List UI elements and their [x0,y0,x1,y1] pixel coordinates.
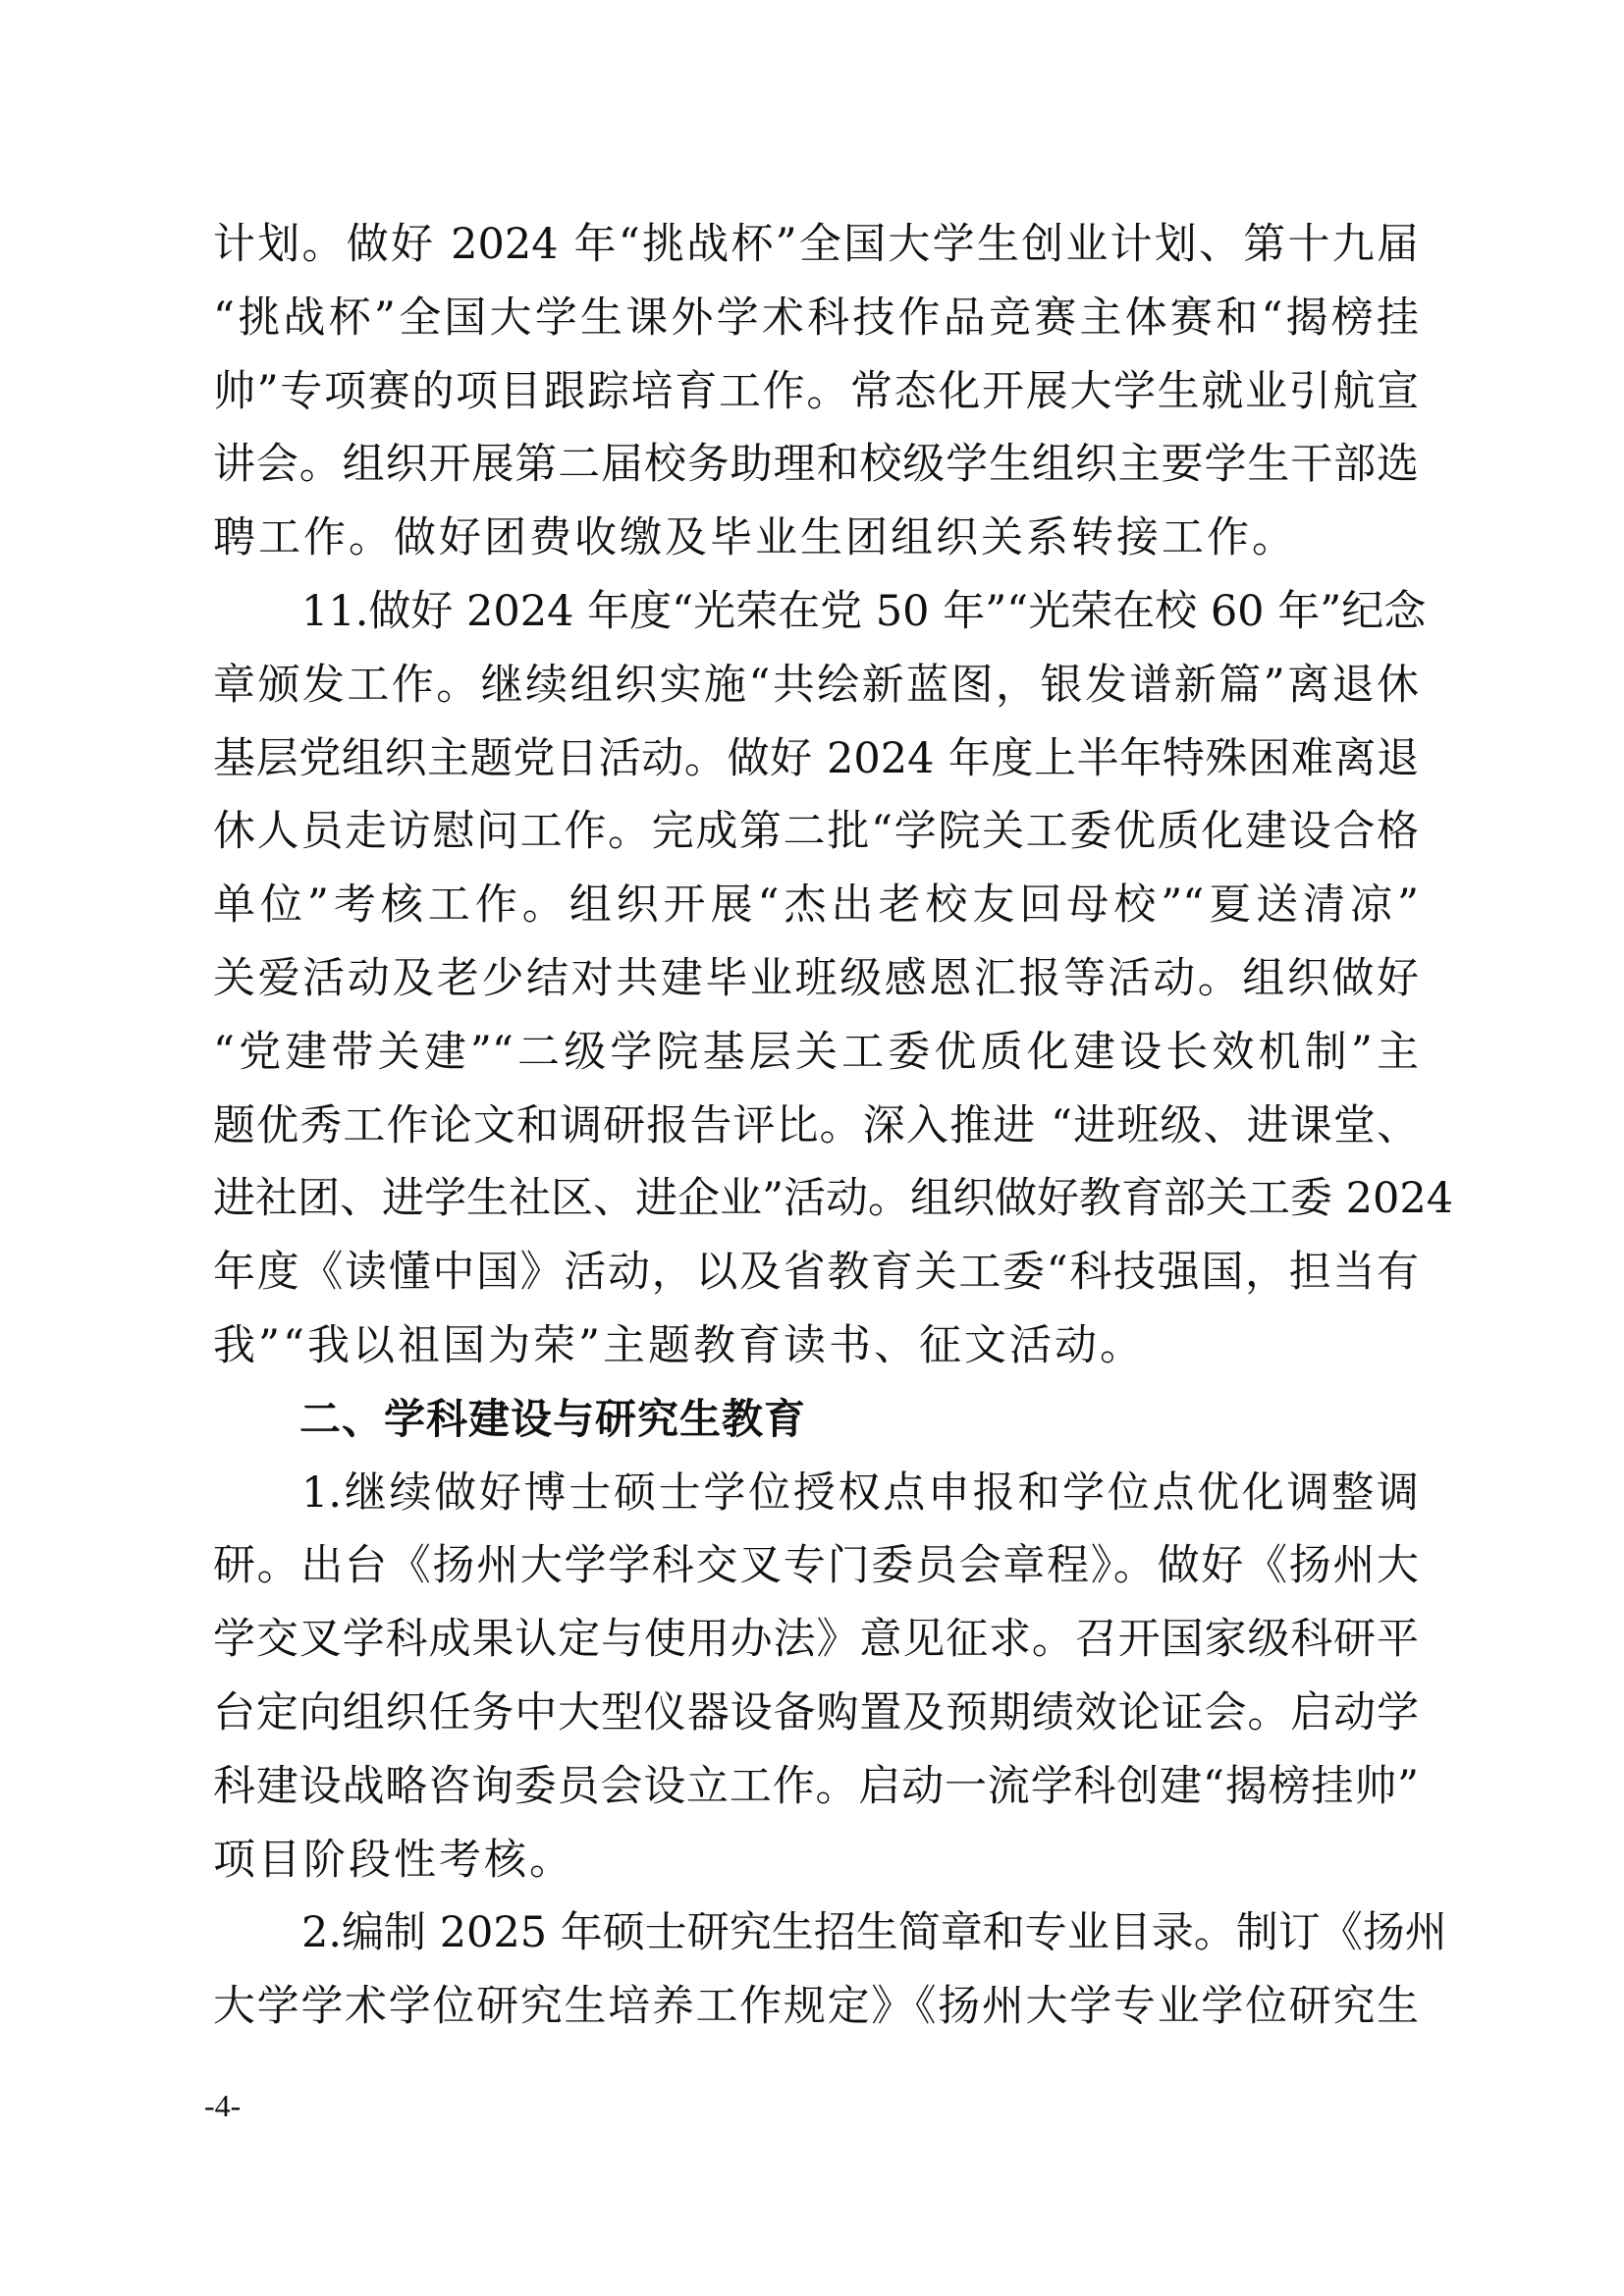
text-line: 单位”考核工作。组织开展“杰出老校友回母校”“夏送清凉” [213,869,1419,942]
text-line: 年度《读懂中国》活动，以及省教育关工委“科技强国，担当有 [213,1236,1419,1309]
text-line: 关爱活动及老少结对共建毕业班级感恩汇报等活动。组织做好 [213,942,1419,1016]
text-line: “党建带关建”“二级学院基层关工委优质化建设长效机制”主 [213,1016,1419,1090]
section-heading: 二、学科建设与研究生教育 [213,1383,1419,1457]
document-page: 计划。做好 2024 年“挑战杯”全国大学生创业计划、第十九届 “挑战杯”全国大… [0,0,1624,2296]
text-line: 台定向组织任务中大型仪器设备购置及预期绩效论证会。启动学 [213,1677,1419,1750]
text-line: 基层党组织主题党日活动。做好 2024 年度上半年特殊困难离退 [213,722,1419,796]
text-line: 科建设战略咨询委员会设立工作。启动一流学科创建“揭榜挂帅” [213,1750,1419,1824]
text-line: 章颁发工作。继续组织实施“共绘新蓝图，银发谱新篇”离退休 [213,649,1419,722]
paragraph-continuation: 计划。做好 2024 年“挑战杯”全国大学生创业计划、第十九届 “挑战杯”全国大… [213,208,1419,575]
text-line: 项目阶段性考核。 [213,1824,1419,1897]
text-line: 聘工作。做好团费收缴及毕业生团组织关系转接工作。 [213,502,1419,575]
text-line: 题优秀工作论文和调研报告评比。深入推进 “进班级、进课堂、 [213,1090,1419,1163]
text-line: 学交叉学科成果认定与使用办法》意见征求。召开国家级科研平 [213,1603,1419,1677]
page-number: -4- [204,2085,241,2126]
text-line: 休人员走访慰问工作。完成第二批“学院关工委优质化建设合格 [213,795,1419,869]
text-line: 进社团、进学生社区、进企业”活动。组织做好教育部关工委 2024 [213,1162,1419,1236]
paragraph-item-1: 1.继续做好博士硕士学位授权点申报和学位点优化调整调 研。出台《扬州大学学科交叉… [213,1457,1419,1897]
text-line: 帅”专项赛的项目跟踪培育工作。常态化开展大学生就业引航宣 [213,355,1419,429]
text-line: “挑战杯”全国大学生课外学术科技作品竞赛主体赛和“揭榜挂 [213,282,1419,355]
text-line: 讲会。组织开展第二届校务助理和校级学生组织主要学生干部选 [213,428,1419,502]
text-line: 11.做好 2024 年度“光荣在党 50 年”“光荣在校 60 年”纪念 [213,575,1419,649]
text-line: 我”“我以祖国为荣”主题教育读书、征文活动。 [213,1309,1419,1383]
document-body: 计划。做好 2024 年“挑战杯”全国大学生创业计划、第十九届 “挑战杯”全国大… [213,208,1419,2044]
text-line: 研。出台《扬州大学学科交叉专门委员会章程》。做好《扬州大 [213,1529,1419,1603]
text-line: 大学学术学位研究生培养工作规定》《扬州大学专业学位研究生 [213,1970,1419,2044]
text-line: 计划。做好 2024 年“挑战杯”全国大学生创业计划、第十九届 [213,208,1419,282]
text-line: 2.编制 2025 年硕士研究生招生简章和专业目录。制订《扬州 [213,1896,1419,1970]
paragraph-item-11: 11.做好 2024 年度“光荣在党 50 年”“光荣在校 60 年”纪念 章颁… [213,575,1419,1383]
paragraph-item-2: 2.编制 2025 年硕士研究生招生简章和专业目录。制订《扬州 大学学术学位研究… [213,1896,1419,2044]
text-line: 1.继续做好博士硕士学位授权点申报和学位点优化调整调 [213,1457,1419,1530]
